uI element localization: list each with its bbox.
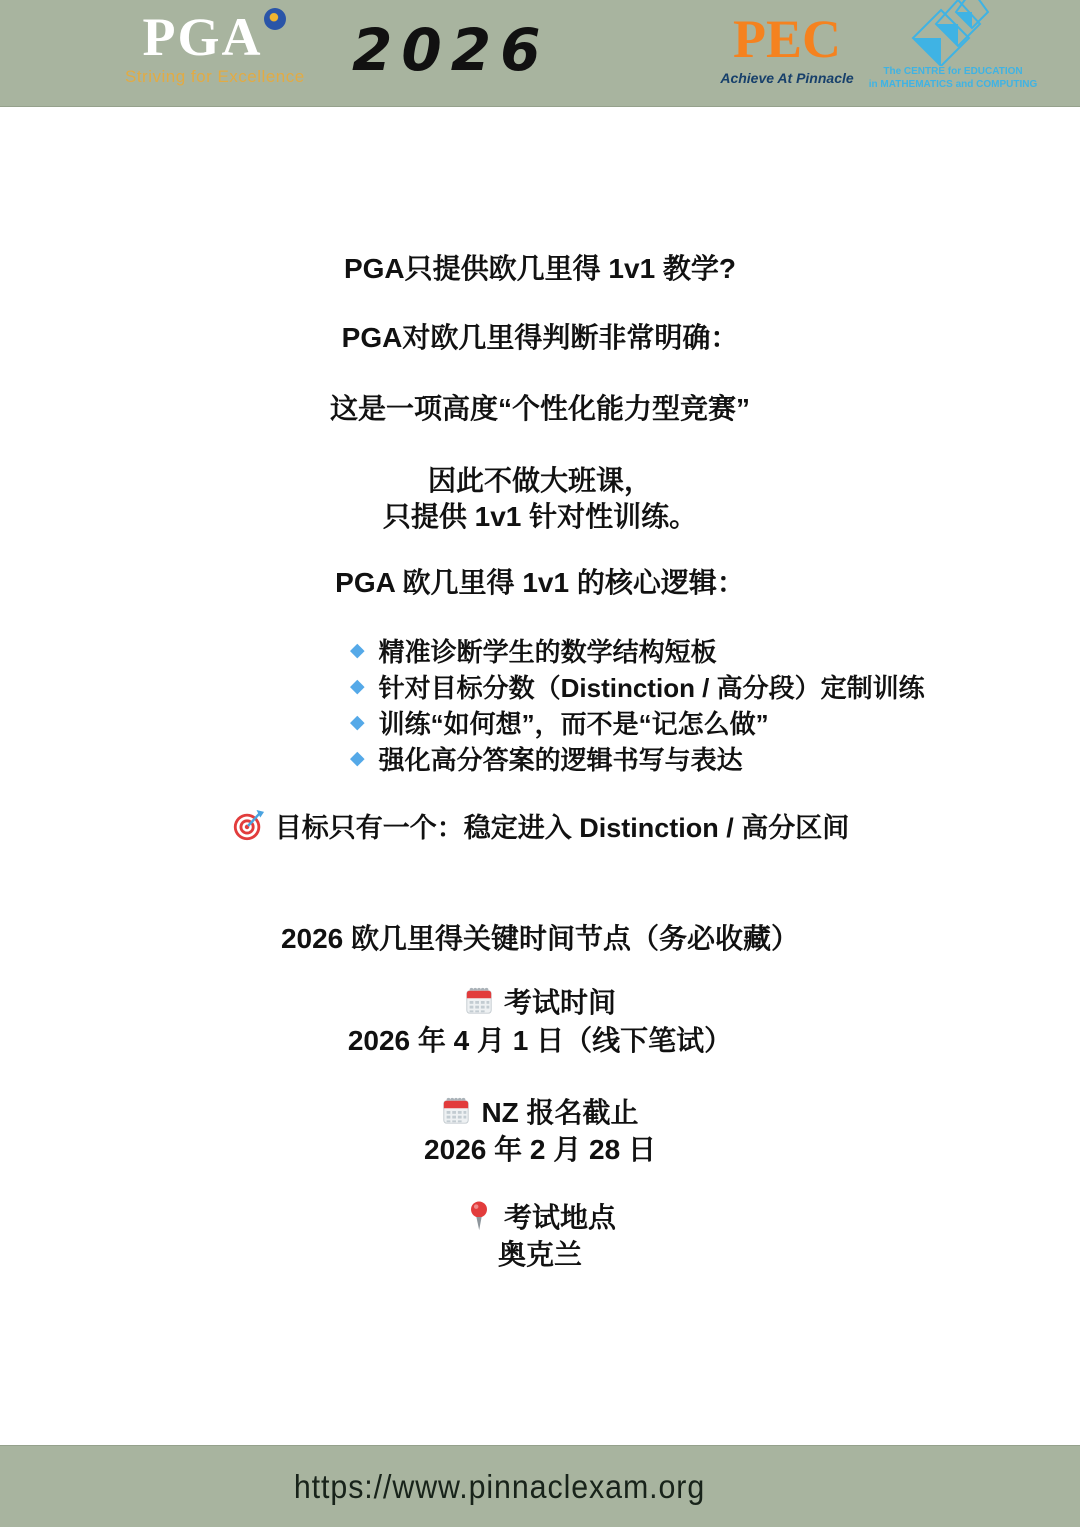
registration-deadline-value: 2026 年 2 月 28 日 [20, 1128, 1060, 1168]
intro-statement: PGA对欧几里得判断非常明确： [20, 316, 1060, 356]
bullet-text: 训练“如何想”，而不是“记怎么做” [379, 704, 769, 741]
pec-logo: PEC Achieve At Pinnacle [712, 12, 862, 86]
exam-location-label: 考试地点 [504, 1196, 616, 1236]
list-item: ◆ 针对目标分数（Distinction / 高分段）定制训练 [350, 668, 925, 704]
goal-text: 目标只有一个：稳定进入 Distinction / 高分区间 [275, 806, 850, 845]
exam-time-row: 考试时间 [20, 981, 1060, 1021]
diamond-bullet-icon: ◆ [350, 677, 365, 696]
list-item: ◆ 精准诊断学生的数学结构短板 [350, 632, 925, 668]
pga-logo-text: PGA [125, 10, 280, 64]
exam-location-value: 奥克兰 [20, 1233, 1060, 1273]
pec-logo-text: PEC [712, 12, 862, 66]
globe-icon [264, 8, 286, 30]
footer-url-wrap: https://www.pinnaclexam.org [0, 1468, 1000, 1506]
diamond-bullet-icon: ◆ [350, 641, 365, 660]
exam-location-row: 考试地点 [20, 1196, 1060, 1236]
diamond-bullet-icon: ◆ [350, 713, 365, 732]
footer-url[interactable]: https://www.pinnaclexam.org [294, 1468, 705, 1506]
footer-banner: https://www.pinnaclexam.org [0, 1445, 1080, 1527]
list-item: ◆ 强化高分答案的逻辑书写与表达 [350, 740, 925, 776]
intro-quote: 这是一项高度“个性化能力型竞赛” [20, 387, 1060, 427]
pushpin-icon [464, 1200, 494, 1232]
bullet-list: ◆ 精准诊断学生的数学结构短板 ◆ 针对目标分数（Distinction / 高… [350, 632, 925, 776]
cemc-text-line1: The CENTRE for EDUCATION [868, 66, 1038, 79]
goal-line: 目标只有一个：稳定进入 Distinction / 高分区间 [20, 806, 1060, 845]
pga-tagline: Striving for Excellence [125, 67, 280, 87]
pga-logo: PGA Striving for Excellence [125, 10, 280, 87]
target-icon [231, 809, 265, 843]
cemc-text-line2: in MATHEMATICS and COMPUTING [868, 79, 1038, 92]
calendar-icon [464, 986, 494, 1016]
bullet-text: 精准诊断学生的数学结构短板 [379, 632, 717, 669]
diamond-bullet-icon: ◆ [350, 749, 365, 768]
core-logic-title: PGA 欧几里得 1v1 的核心逻辑： [20, 561, 1060, 601]
header-banner: PGA Striving for Excellence 2026 PEC Ach… [0, 0, 1080, 107]
no-big-class-line2: 只提供 1v1 针对性训练。 [20, 495, 1060, 535]
cemc-logo: The CENTRE for EDUCATION in MATHEMATICS … [868, 0, 1038, 91]
list-item: ◆ 训练“如何想”，而不是“记怎么做” [350, 704, 925, 740]
no-big-class-line1: 因此不做大班课， [20, 459, 1060, 499]
pec-tagline: Achieve At Pinnacle [712, 70, 862, 86]
cemc-diamond-icon [903, 0, 1003, 66]
calendar-icon [441, 1096, 471, 1126]
exam-time-label: 考试时间 [504, 981, 616, 1021]
bullet-text: 针对目标分数（Distinction / 高分段）定制训练 [379, 668, 925, 705]
year-title: 2026 [352, 16, 549, 84]
exam-time-value: 2026 年 4 月 1 日（线下笔试） [20, 1019, 1060, 1059]
intro-question: PGA只提供欧几里得 1v1 教学? [20, 247, 1060, 287]
registration-deadline-label: NZ 报名截止 [481, 1091, 638, 1131]
bullet-text: 强化高分答案的逻辑书写与表达 [379, 740, 743, 777]
registration-deadline-row: NZ 报名截止 [20, 1091, 1060, 1131]
timeline-title: 2026 欧几里得关键时间节点（务必收藏） [20, 917, 1060, 957]
